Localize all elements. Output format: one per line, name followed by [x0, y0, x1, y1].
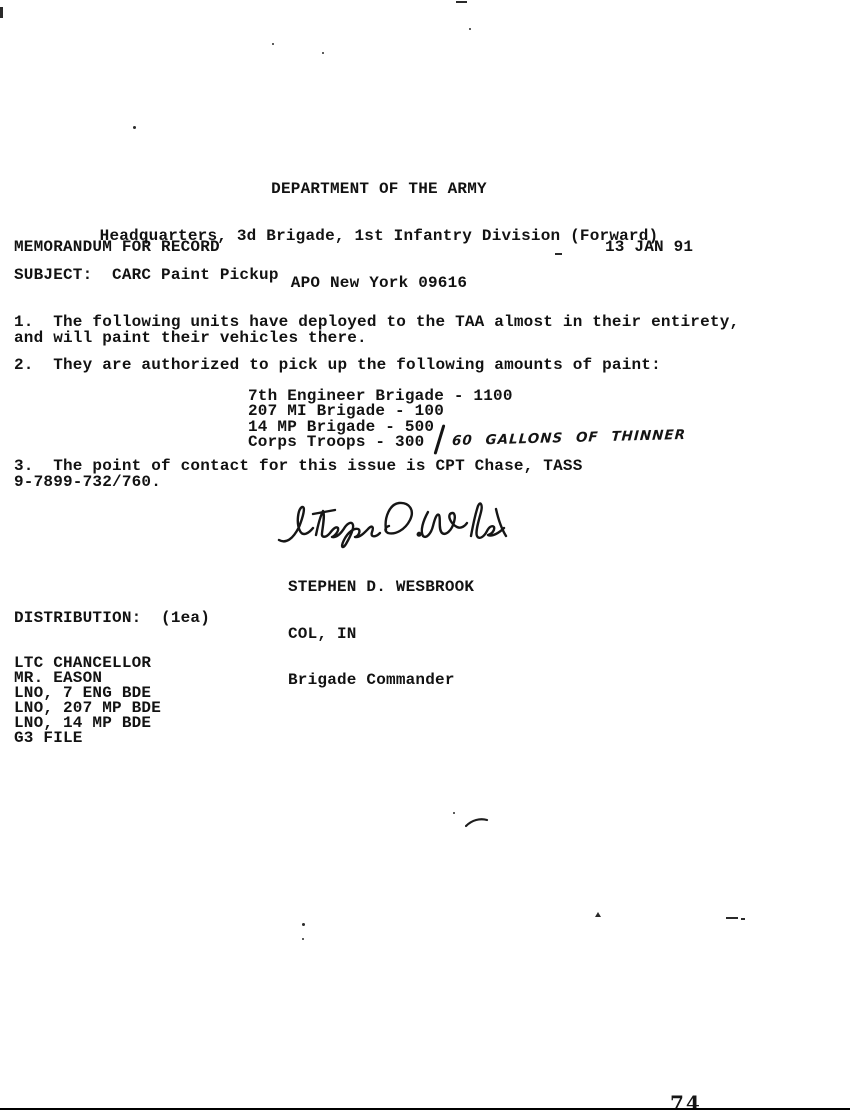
distribution-block: DISTRIBUTION: (1ea) LTC CHANCELLOR MR. E…	[14, 581, 210, 777]
memo-date: 13 JAN 91	[605, 240, 693, 256]
scan-speck	[302, 923, 305, 926]
scan-speck	[322, 52, 324, 54]
letterhead: DEPARTMENT OF THE ARMY Headquarters, 3d …	[0, 150, 758, 324]
scan-artifact-pen-stroke	[465, 816, 489, 828]
signature-name: STEPHEN D. WESBROOK	[288, 580, 474, 596]
scan-speck	[469, 28, 471, 30]
scan-speck	[272, 43, 274, 45]
paragraph-3: 3. The point of contact for this issue i…	[14, 459, 583, 490]
signature-rank: COL, IN	[288, 627, 474, 643]
paragraph-1: 1. The following units have deployed to …	[14, 315, 739, 346]
distribution-list: LTC CHANCELLOR MR. EASON LNO, 7 ENG BDE …	[14, 656, 210, 746]
scan-artifact-top-dash	[456, 1, 467, 3]
letterhead-department: DEPARTMENT OF THE ARMY	[0, 182, 758, 198]
page: DEPARTMENT OF THE ARMY Headquarters, 3d …	[0, 0, 850, 1110]
signature-block: STEPHEN D. WESBROOK COL, IN Brigade Comm…	[288, 549, 474, 720]
scan-speck	[302, 938, 304, 940]
scan-artifact-caret-mark	[595, 912, 601, 917]
paragraph-2: 2. They are authorized to pick up the fo…	[14, 358, 661, 374]
scan-artifact-left-edge-mark	[0, 7, 3, 18]
memo-for-record-label: MEMORANDUM FOR RECORD	[14, 240, 220, 256]
scan-artifact-dash	[741, 918, 745, 920]
subject-line: SUBJECT: CARC Paint Pickup	[14, 268, 279, 284]
scan-speck	[453, 812, 455, 814]
distribution-label: DISTRIBUTION: (1ea)	[14, 611, 210, 626]
scan-speck	[133, 126, 136, 129]
signature	[276, 499, 508, 549]
scan-artifact-dash	[726, 917, 738, 919]
signature-title: Brigade Commander	[288, 673, 474, 689]
